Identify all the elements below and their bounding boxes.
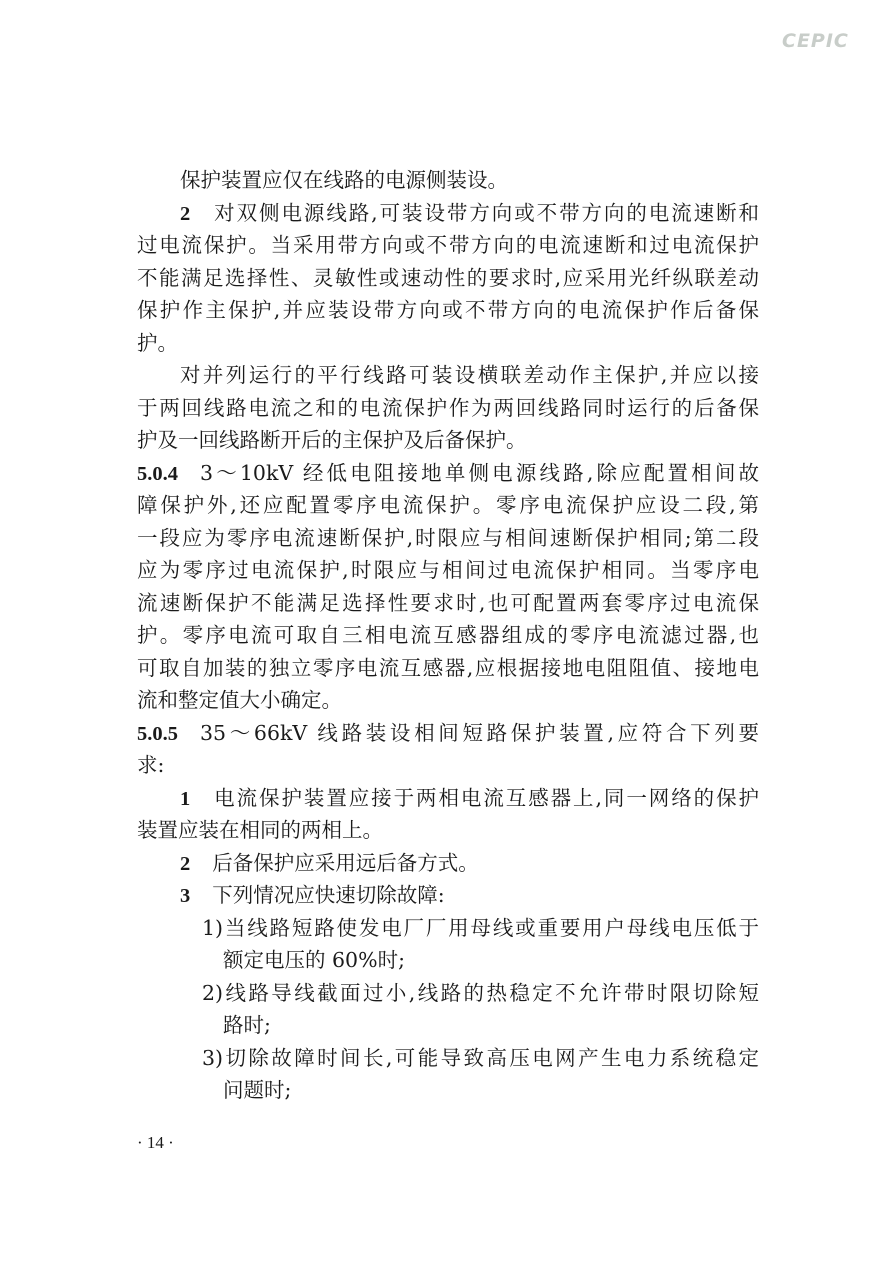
line-text: 3)切除故障时间长,可能导致高压电网产生电力系统稳定 — [202, 1046, 759, 1070]
text-line: 5.0.43～10kV 经低电阻接地单侧电源线路,除应配置相间故 — [137, 457, 759, 490]
text-line: 可取自加装的独立零序电流互感器,应根据接地电阻阻值、接地电 — [137, 652, 759, 685]
line-text: 护。零序电流可取自三相电流互感器组成的零序电流滤过器,也 — [137, 623, 759, 647]
item-number: 1 — [180, 788, 190, 810]
text-line: 装置应装在相同的两相上。 — [137, 814, 759, 847]
text-line: 护及一回线路断开后的主保护及后备保护。 — [137, 424, 759, 457]
line-text: 装置应装在相同的两相上。 — [137, 818, 383, 842]
line-text: 可取自加装的独立零序电流互感器,应根据接地电阻阻值、接地电 — [137, 656, 759, 680]
line-text: 2)线路导线截面过小,线路的热稳定不允许带时限切除短 — [202, 981, 759, 1005]
line-text: 过电流保护。当采用带方向或不带方向的电流速断和过电流保护 — [137, 233, 759, 257]
line-text: 对并列运行的平行线路可装设横联差动作主保护,并应以接 — [180, 363, 759, 387]
text-line: 5.0.535～66kV 线路装设相间短路保护装置,应符合下列要 — [137, 717, 759, 750]
text-line: 应为零序过电流保护,时限应与相间过电流保护相同。当零序电 — [137, 554, 759, 587]
line-text: 路时; — [223, 1013, 271, 1037]
line-text: 应为零序过电流保护,时限应与相间过电流保护相同。当零序电 — [137, 558, 759, 582]
line-text: 流和整定值大小确定。 — [137, 688, 342, 712]
text-line: 3)切除故障时间长,可能导致高压电网产生电力系统稳定 — [137, 1042, 759, 1075]
text-line: 1)当线路短路使发电厂厂用母线或重要用户母线电压低于 — [137, 912, 759, 945]
text-line: 问题时; — [137, 1074, 759, 1107]
item-number: 3 — [180, 885, 190, 907]
text-line: 对并列运行的平行线路可装设横联差动作主保护,并应以接 — [137, 359, 759, 392]
line-text: 不能满足选择性、灵敏性或速动性的要求时,应采用光纤纵联差动 — [137, 266, 759, 290]
item-number: 2 — [180, 853, 190, 875]
text-line: 于两回线路电流之和的电流保护作为两回线路同时运行的后备保 — [137, 392, 759, 425]
item-number: 2 — [180, 203, 190, 225]
text-line: 2对双侧电源线路,可装设带方向或不带方向的电流速断和 — [137, 197, 759, 230]
line-text: 保护装置应仅在线路的电源侧装设。 — [180, 168, 508, 192]
text-line: 过电流保护。当采用带方向或不带方向的电流速断和过电流保护 — [137, 229, 759, 262]
text-line: 一段应为零序电流速断保护,时限应与相间速断保护相同;第二段 — [137, 522, 759, 555]
text-line: 路时; — [137, 1009, 759, 1042]
line-text: 后备保护应采用远后备方式。 — [212, 851, 479, 875]
text-line: 额定电压的 60%时; — [137, 944, 759, 977]
line-text: 于两回线路电流之和的电流保护作为两回线路同时运行的后备保 — [137, 396, 759, 420]
line-text: 问题时; — [223, 1078, 291, 1102]
line-text: 障保护外,还应配置零序电流保护。零序电流保护应设二段,第 — [137, 493, 759, 517]
line-text: 对双侧电源线路,可装设带方向或不带方向的电流速断和 — [212, 201, 759, 225]
text-line: 不能满足选择性、灵敏性或速动性的要求时,应采用光纤纵联差动 — [137, 262, 759, 295]
document-body: 保护装置应仅在线路的电源侧装设。2对双侧电源线路,可装设带方向或不带方向的电流速… — [137, 164, 759, 1107]
line-text: 下列情况应快速切除故障: — [212, 883, 444, 907]
line-text: 流速断保护不能满足选择性要求时,也可配置两套零序过电流保 — [137, 591, 759, 615]
line-text: 一段应为零序电流速断保护,时限应与相间速断保护相同;第二段 — [137, 526, 759, 550]
line-text: 求: — [137, 753, 164, 777]
text-line: 护。 — [137, 327, 759, 360]
line-text: 保护作主保护,并应装设带方向或不带方向的电流保护作后备保 — [137, 298, 759, 322]
text-line: 2)线路导线截面过小,线路的热稳定不允许带时限切除短 — [137, 977, 759, 1010]
line-text: 电流保护装置应接于两相电流互感器上,同一网络的保护 — [212, 786, 759, 810]
line-text: 1)当线路短路使发电厂厂用母线或重要用户母线电压低于 — [202, 916, 759, 940]
text-line: 1电流保护装置应接于两相电流互感器上,同一网络的保护 — [137, 782, 759, 815]
line-text: 护及一回线路断开后的主保护及后备保护。 — [137, 428, 527, 452]
text-line: 障保护外,还应配置零序电流保护。零序电流保护应设二段,第 — [137, 489, 759, 522]
text-line: 流速断保护不能满足选择性要求时,也可配置两套零序过电流保 — [137, 587, 759, 620]
line-text: 护。 — [137, 331, 178, 355]
section-number: 5.0.5 — [137, 723, 178, 745]
text-line: 3下列情况应快速切除故障: — [137, 879, 759, 912]
watermark-logo: CEPIC — [782, 30, 849, 52]
line-text: 3～10kV 经低电阻接地单侧电源线路,除应配置相间故 — [200, 461, 759, 485]
text-line: 保护装置应仅在线路的电源侧装设。 — [137, 164, 759, 197]
text-line: 2后备保护应采用远后备方式。 — [137, 847, 759, 880]
text-line: 流和整定值大小确定。 — [137, 684, 759, 717]
line-text: 额定电压的 60%时; — [223, 948, 405, 972]
section-number: 5.0.4 — [137, 463, 178, 485]
text-line: 求: — [137, 749, 759, 782]
text-line: 保护作主保护,并应装设带方向或不带方向的电流保护作后备保 — [137, 294, 759, 327]
page-number: · 14 · — [137, 1133, 174, 1153]
line-text: 35～66kV 线路装设相间短路保护装置,应符合下列要 — [200, 721, 759, 745]
text-line: 护。零序电流可取自三相电流互感器组成的零序电流滤过器,也 — [137, 619, 759, 652]
